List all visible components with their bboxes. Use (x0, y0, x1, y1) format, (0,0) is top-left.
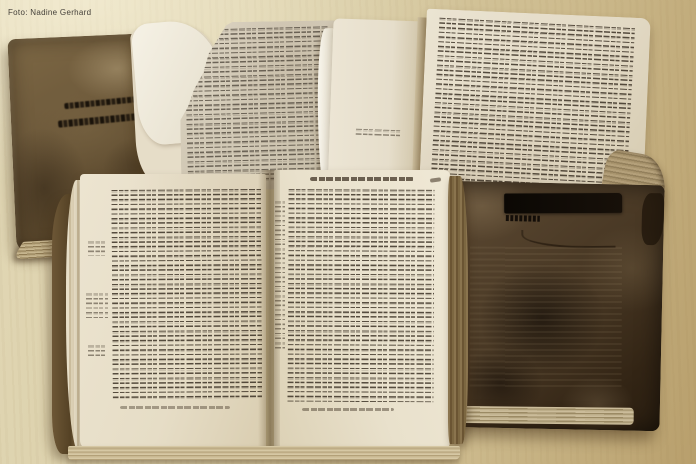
torn-cover-corner (641, 193, 664, 245)
handwriting-block (287, 188, 434, 403)
page-block-edge (444, 406, 634, 425)
marginal-note (86, 292, 108, 318)
faded-label-text (506, 215, 540, 222)
left-page (80, 174, 266, 450)
right-page (274, 170, 450, 450)
photo-credit: Foto: Nadine Gerhard (8, 8, 91, 17)
bottom-page-block-edge (68, 446, 460, 460)
marginal-note (88, 344, 106, 356)
ghost-text-impression (470, 247, 622, 390)
handwriting-last-line (120, 406, 230, 409)
handwriting-block (111, 187, 262, 400)
page-number-mark (430, 177, 441, 182)
marginal-note (88, 240, 106, 256)
black-label-strip (504, 193, 622, 214)
header-line (310, 177, 414, 181)
gutter (258, 170, 280, 450)
handwriting-last-line (302, 408, 394, 411)
photo-of-manuscripts: Foto: Nadine Gerhard (0, 0, 696, 464)
marginal-note (356, 127, 402, 138)
open-manuscript-bottom (52, 168, 472, 462)
right-cover-edge (448, 176, 468, 444)
